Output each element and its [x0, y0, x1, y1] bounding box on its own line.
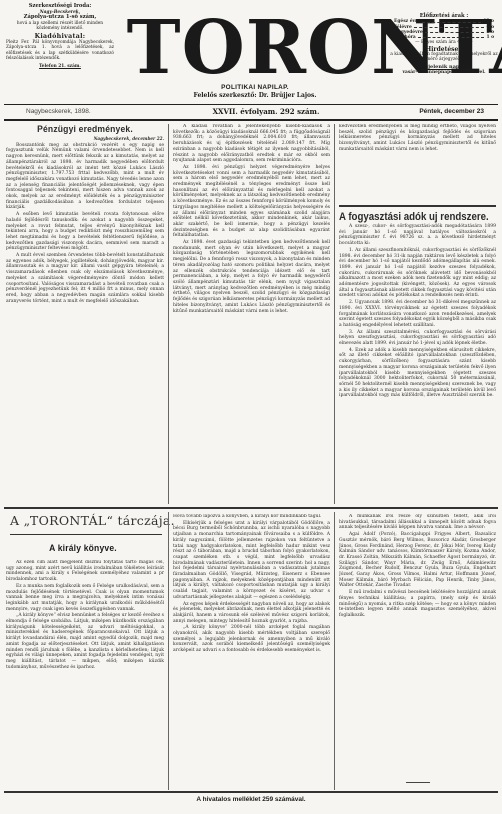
feuilleton-col1: Az ezen cim alatt megjelent díszmű folyt… [6, 560, 164, 788]
article-penzugyi-col3: kedvezőtlen eredményében is még mindig é… [339, 124, 496, 202]
column-divider [168, 512, 169, 790]
article-penzugyi-col2: A kiadási rovatban a jelentékenyebb kise… [173, 124, 330, 504]
article-paragraph: „A király könyve“ elvisz bennünket a fel… [6, 613, 164, 670]
article-byline: Nagybecskerek, december 22. [6, 136, 164, 142]
end-of-article-rule [406, 782, 430, 783]
appears-text: vasár- és ünnepnapok kivételével. [390, 70, 498, 75]
article-penzugyi-col1: Pénzügyi eredmények. Nagybecskerek, dece… [6, 124, 164, 504]
article-paragraph: Az 1898. évi pénzügyi helyzet végeredmén… [173, 165, 330, 239]
article-paragraph: Bosszantónk meg az obstrukció vezérét s … [6, 143, 164, 211]
office-note: hová a lap szellemi részét illető minden… [6, 21, 114, 32]
feuilleton-article-title: A király könyve. [8, 543, 157, 555]
article-paragraph: Agai Adolf (Porzó), Baccigaluppi Frigyes… [339, 532, 496, 589]
dateline-date: Péntek, december 23 [419, 108, 484, 115]
single-issue-price: — Egyes szám ára 4 kr. — [390, 40, 498, 45]
article-paragraph-continued: kedvezőtlen eredményében is még mindig é… [339, 124, 496, 153]
supplement-note: A hivatalos melléklet 259 számával. [0, 796, 502, 803]
article-paragraph: A szesz-, cukor- és sörfogyasztási-adók … [339, 224, 496, 247]
masthead-subscription-box: Előfizetési árak : Egész évre12 o Félévr… [390, 14, 498, 75]
newspaper-page: Szerkesztőségi Iroda: Nagy-Becskerek, Zá… [0, 0, 502, 814]
article-fogyasztasi: A fogyasztási adók uj rendszere. A szesz… [339, 210, 496, 504]
article-separator [339, 205, 496, 207]
newspaper-title: TORONTÁL [127, 12, 384, 84]
column-divider [334, 512, 335, 790]
masthead-editorial-office: Szerkesztőségi Iroda: Nagy-Becskerek, Zá… [6, 4, 114, 70]
ads-text: a kiadóhivatalban fogadtatnak el, Amelye… [390, 52, 498, 63]
feuilleton-section-title: A „TORONTÁL“ tárczája. [10, 513, 166, 528]
feuilleton-title-rule [10, 534, 162, 535]
article-paragraph: „A király könyve“ 2000-nél több arcképet… [173, 625, 330, 654]
article-title: Pénzügyi eredmények. [14, 124, 156, 136]
feuilleton-col3: A munkának irói része oly szinültlen tel… [339, 514, 496, 776]
article-paragraph: A kiadási rovatban a jelentékenyebb kise… [173, 124, 330, 164]
office-phone: Telefon 21. szám. [6, 64, 114, 70]
article-paragraph: Ez a munka nem foglalkozik sem ő Felsége… [6, 584, 164, 613]
dateline-place: Nagybecskerek, 1898. [26, 108, 91, 115]
article-paragraph: 3. Az állami szeszitalmérési, cukorfogya… [339, 330, 496, 347]
column-divider [334, 124, 335, 504]
article-paragraph: Az 1898. évet gazdasági tekintetben igen… [173, 240, 330, 314]
footer-rule [4, 791, 498, 793]
masthead-rule [4, 104, 498, 105]
article-paragraph: 1. Az állami szeszfinomítóknál, cukorfog… [339, 248, 496, 299]
dateline-issue: XXVII. évfolyam. 292 szám. [206, 107, 326, 116]
editor-line: Felelős szerkesztő: Dr. Brüjjer Lajos. [124, 92, 386, 99]
article-paragraph: Az egyes képek érdekességét nagyban növe… [173, 602, 330, 625]
feuilleton-separator [4, 507, 498, 509]
article-paragraph: E mű irodalmi s művészi becsének lekötés… [339, 590, 496, 619]
article-paragraph: A esőben levő kimutatás bevételi rovata … [6, 212, 164, 252]
feuilleton-col2: Hova tovább lapozva a könyvben, a király… [173, 514, 330, 788]
article-paragraph: 4. Ezek az adók a kisebb mennyiségekben … [339, 348, 496, 399]
newspaper-subtitle: POLITIKAI NAPILAP. [124, 84, 386, 91]
publisher-text: Pleitz Fer. Pál könyvnyomdája Nagybecske… [6, 40, 114, 62]
article-paragraph: Az ezen cim alatt megjelent díszmű folyt… [6, 560, 164, 583]
end-rule-wrap [339, 778, 496, 783]
article-title: A fogyasztási adók uj rendszere. [339, 210, 477, 224]
article-paragraph: A munkának irói része oly szinültlen tel… [339, 514, 496, 531]
article-paragraph: A mult évvel szemben örvendetes több-bev… [6, 253, 164, 304]
article-paragraph: 2. Ugyancsak 1898. évi december hó 31-di… [339, 300, 496, 329]
dateline-rule [4, 119, 498, 121]
article-paragraph: Hova tovább lapozva a könyvben, a király… [173, 514, 330, 520]
feuilleton-article-title-wrap: A király könyve. [0, 543, 166, 555]
column-divider [168, 124, 169, 504]
dateline: Nagybecskerek, 1898. XXVII. évfolyam. 29… [6, 106, 496, 118]
article-paragraph: Elkísérjük a felséges urat a királyi vár… [173, 521, 330, 601]
